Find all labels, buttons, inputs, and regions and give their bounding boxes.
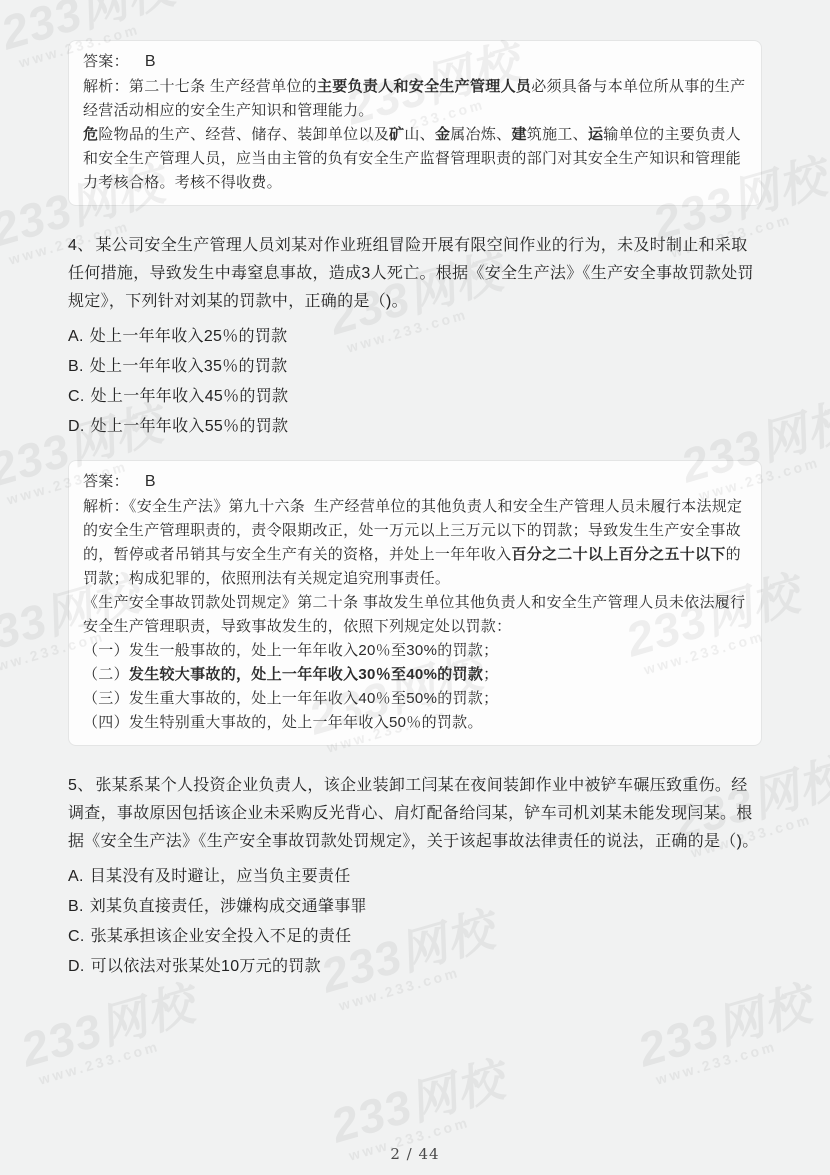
bold-text-run: 矿 [389, 126, 404, 143]
answer-line: 答案：B [83, 469, 747, 495]
option-label: D. [68, 958, 85, 975]
question-number: 5、 [68, 777, 94, 794]
text-run: 险物品的生产、经营、储存、装卸单位以及 [98, 126, 389, 143]
options-list: A.目某没有及时避让，应当负主要责任 B.刘某负直接责任，涉嫌构成交通肇事罪 C… [68, 862, 762, 982]
answer-box-question-3: 答案：B 解析：第二十七条 生产经营单位的主要负责人和安全生产管理人员必须具备与… [68, 40, 762, 206]
option-c: C.张某承担该企业安全投入不足的责任 [68, 922, 762, 952]
option-label: D. [68, 418, 85, 435]
text-run: ； [483, 666, 498, 683]
bold-text-run: 金 [435, 126, 450, 143]
bold-text-run: 主要负责人和安全生产管理人员 [317, 78, 531, 95]
option-label: A. [68, 868, 84, 885]
option-text: 处上一年年收入55％的罚款 [91, 418, 289, 435]
text-run: 《生产安全事故罚款处罚规定》第二十条 事故发生单位其他负责人和安全生产管理人员未… [83, 594, 745, 635]
option-text: 目某没有及时避让，应当负主要责任 [90, 868, 351, 885]
watermark-url-text: www.233.com [646, 1009, 830, 1089]
text-run: 山、 [404, 126, 435, 143]
page-footer: 2 / 44 [0, 1145, 830, 1163]
option-text: 张某承担该企业安全投入不足的责任 [91, 928, 352, 945]
question-4: 4、某公司安全生产管理人员刘某对作业班组冒险开展有限空间作业的行为，未及时制止和… [68, 232, 762, 442]
text-run: （二） [83, 666, 129, 683]
question-stem: 某公司安全生产管理人员刘某对作业班组冒险开展有限空间作业的行为，未及时制止和采取… [68, 237, 754, 310]
analysis-paragraph: 解析：第二十七条 生产经营单位的主要负责人和安全生产管理人员必须具备与本单位所从… [83, 75, 747, 123]
question-number: 4、 [68, 237, 94, 254]
option-c: C.处上一年年收入45％的罚款 [68, 382, 762, 412]
option-d: D.处上一年年收入55％的罚款 [68, 412, 762, 442]
analysis-item-2: （二）发生较大事故的，处上一年年收入30％至40%的罚款； [83, 663, 747, 687]
question-5: 5、张某系某个人投资企业负责人，该企业装卸工闫某在夜间装卸作业中被铲车碾压致重伤… [68, 772, 762, 982]
analysis-paragraph: 解析：《安全生产法》第九十六条 生产经营单位的其他负责人和安全生产管理人员未履行… [83, 495, 747, 591]
option-text: 处上一年年收入45％的罚款 [91, 388, 289, 405]
page-content: 答案：B 解析：第二十七条 生产经营单位的主要负责人和安全生产管理人员必须具备与… [0, 0, 830, 982]
exam-document-page: 233网校www.233.com233网校www.233.com233网校www… [0, 0, 830, 1175]
answer-value: B [145, 473, 156, 490]
text-run: 解析：第二十七条 生产经营单位的 [83, 78, 317, 95]
text-run: 筑施工、 [527, 126, 588, 143]
bold-text-run: 运 [588, 126, 603, 143]
analysis-paragraph: 《生产安全事故罚款处罚规定》第二十条 事故发生单位其他负责人和安全生产管理人员未… [83, 591, 747, 639]
option-label: A. [68, 328, 84, 345]
option-text: 刘某负直接责任，涉嫌构成交通肇事罪 [90, 898, 367, 915]
watermark-brand-text: 233网校 [326, 1038, 570, 1149]
option-text: 处上一年年收入25％的罚款 [90, 328, 288, 345]
option-a: A.目某没有及时避让，应当负主要责任 [68, 862, 762, 892]
text-run: （三）发生重大事故的，处上一年年收入40％至50%的罚款； [83, 690, 498, 707]
answer-line: 答案：B [83, 49, 747, 75]
question-stem: 张某系某个人投资企业负责人，该企业装卸工闫某在夜间装卸作业中被铲车碾压致重伤。经… [68, 777, 759, 850]
options-list: A.处上一年年收入25％的罚款 B.处上一年年收入35％的罚款 C.处上一年年收… [68, 322, 762, 442]
watermark-url-text: www.233.com [29, 1009, 264, 1089]
bold-text-run: 建 [511, 126, 526, 143]
analysis-paragraph: 危险物品的生产、经营、储存、装卸单位以及矿山、金属冶炼、建筑施工、运输单位的主要… [83, 123, 747, 195]
option-a: A.处上一年年收入25％的罚款 [68, 322, 762, 352]
answer-label: 答案： [83, 473, 129, 490]
question-stem-line: 5、张某系某个人投资企业负责人，该企业装卸工闫某在夜间装卸作业中被铲车碾压致重伤… [68, 772, 762, 856]
option-b: B.刘某负直接责任，涉嫌构成交通肇事罪 [68, 892, 762, 922]
option-text: 处上一年年收入35％的罚款 [90, 358, 288, 375]
option-label: C. [68, 388, 85, 405]
answer-value: B [145, 53, 156, 70]
question-stem-line: 4、某公司安全生产管理人员刘某对作业班组冒险开展有限空间作业的行为，未及时制止和… [68, 232, 762, 316]
text-run: （一）发生一般事故的，处上一年年收入20％至30%的罚款； [83, 642, 498, 659]
answer-label: 答案： [83, 53, 129, 70]
text-run: （四）发生特别重大事故的，处上一年年收入50％的罚款。 [83, 714, 483, 731]
bold-text-run: 危 [83, 126, 98, 143]
option-d: D.可以依法对张某处10万元的罚款 [68, 952, 762, 982]
analysis-item-4: （四）发生特别重大事故的，处上一年年收入50％的罚款。 [83, 711, 747, 735]
bold-text-run: 发生较大事故的，处上一年年收入30％至40%的罚款 [129, 666, 483, 683]
bold-text-run: 百分之二十以上百分之五十以下 [511, 546, 725, 563]
option-text: 可以依法对张某处10万元的罚款 [91, 958, 321, 975]
page-number: 2 / 44 [390, 1145, 439, 1163]
option-b: B.处上一年年收入35％的罚款 [68, 352, 762, 382]
option-label: B. [68, 358, 84, 375]
analysis-item-3: （三）发生重大事故的，处上一年年收入40％至50%的罚款； [83, 687, 747, 711]
text-run: 属冶炼、 [450, 126, 511, 143]
answer-box-question-4: 答案：B 解析：《安全生产法》第九十六条 生产经营单位的其他负责人和安全生产管理… [68, 460, 762, 746]
analysis-item-1: （一）发生一般事故的，处上一年年收入20％至30%的罚款； [83, 639, 747, 663]
option-label: C. [68, 928, 85, 945]
option-label: B. [68, 898, 84, 915]
